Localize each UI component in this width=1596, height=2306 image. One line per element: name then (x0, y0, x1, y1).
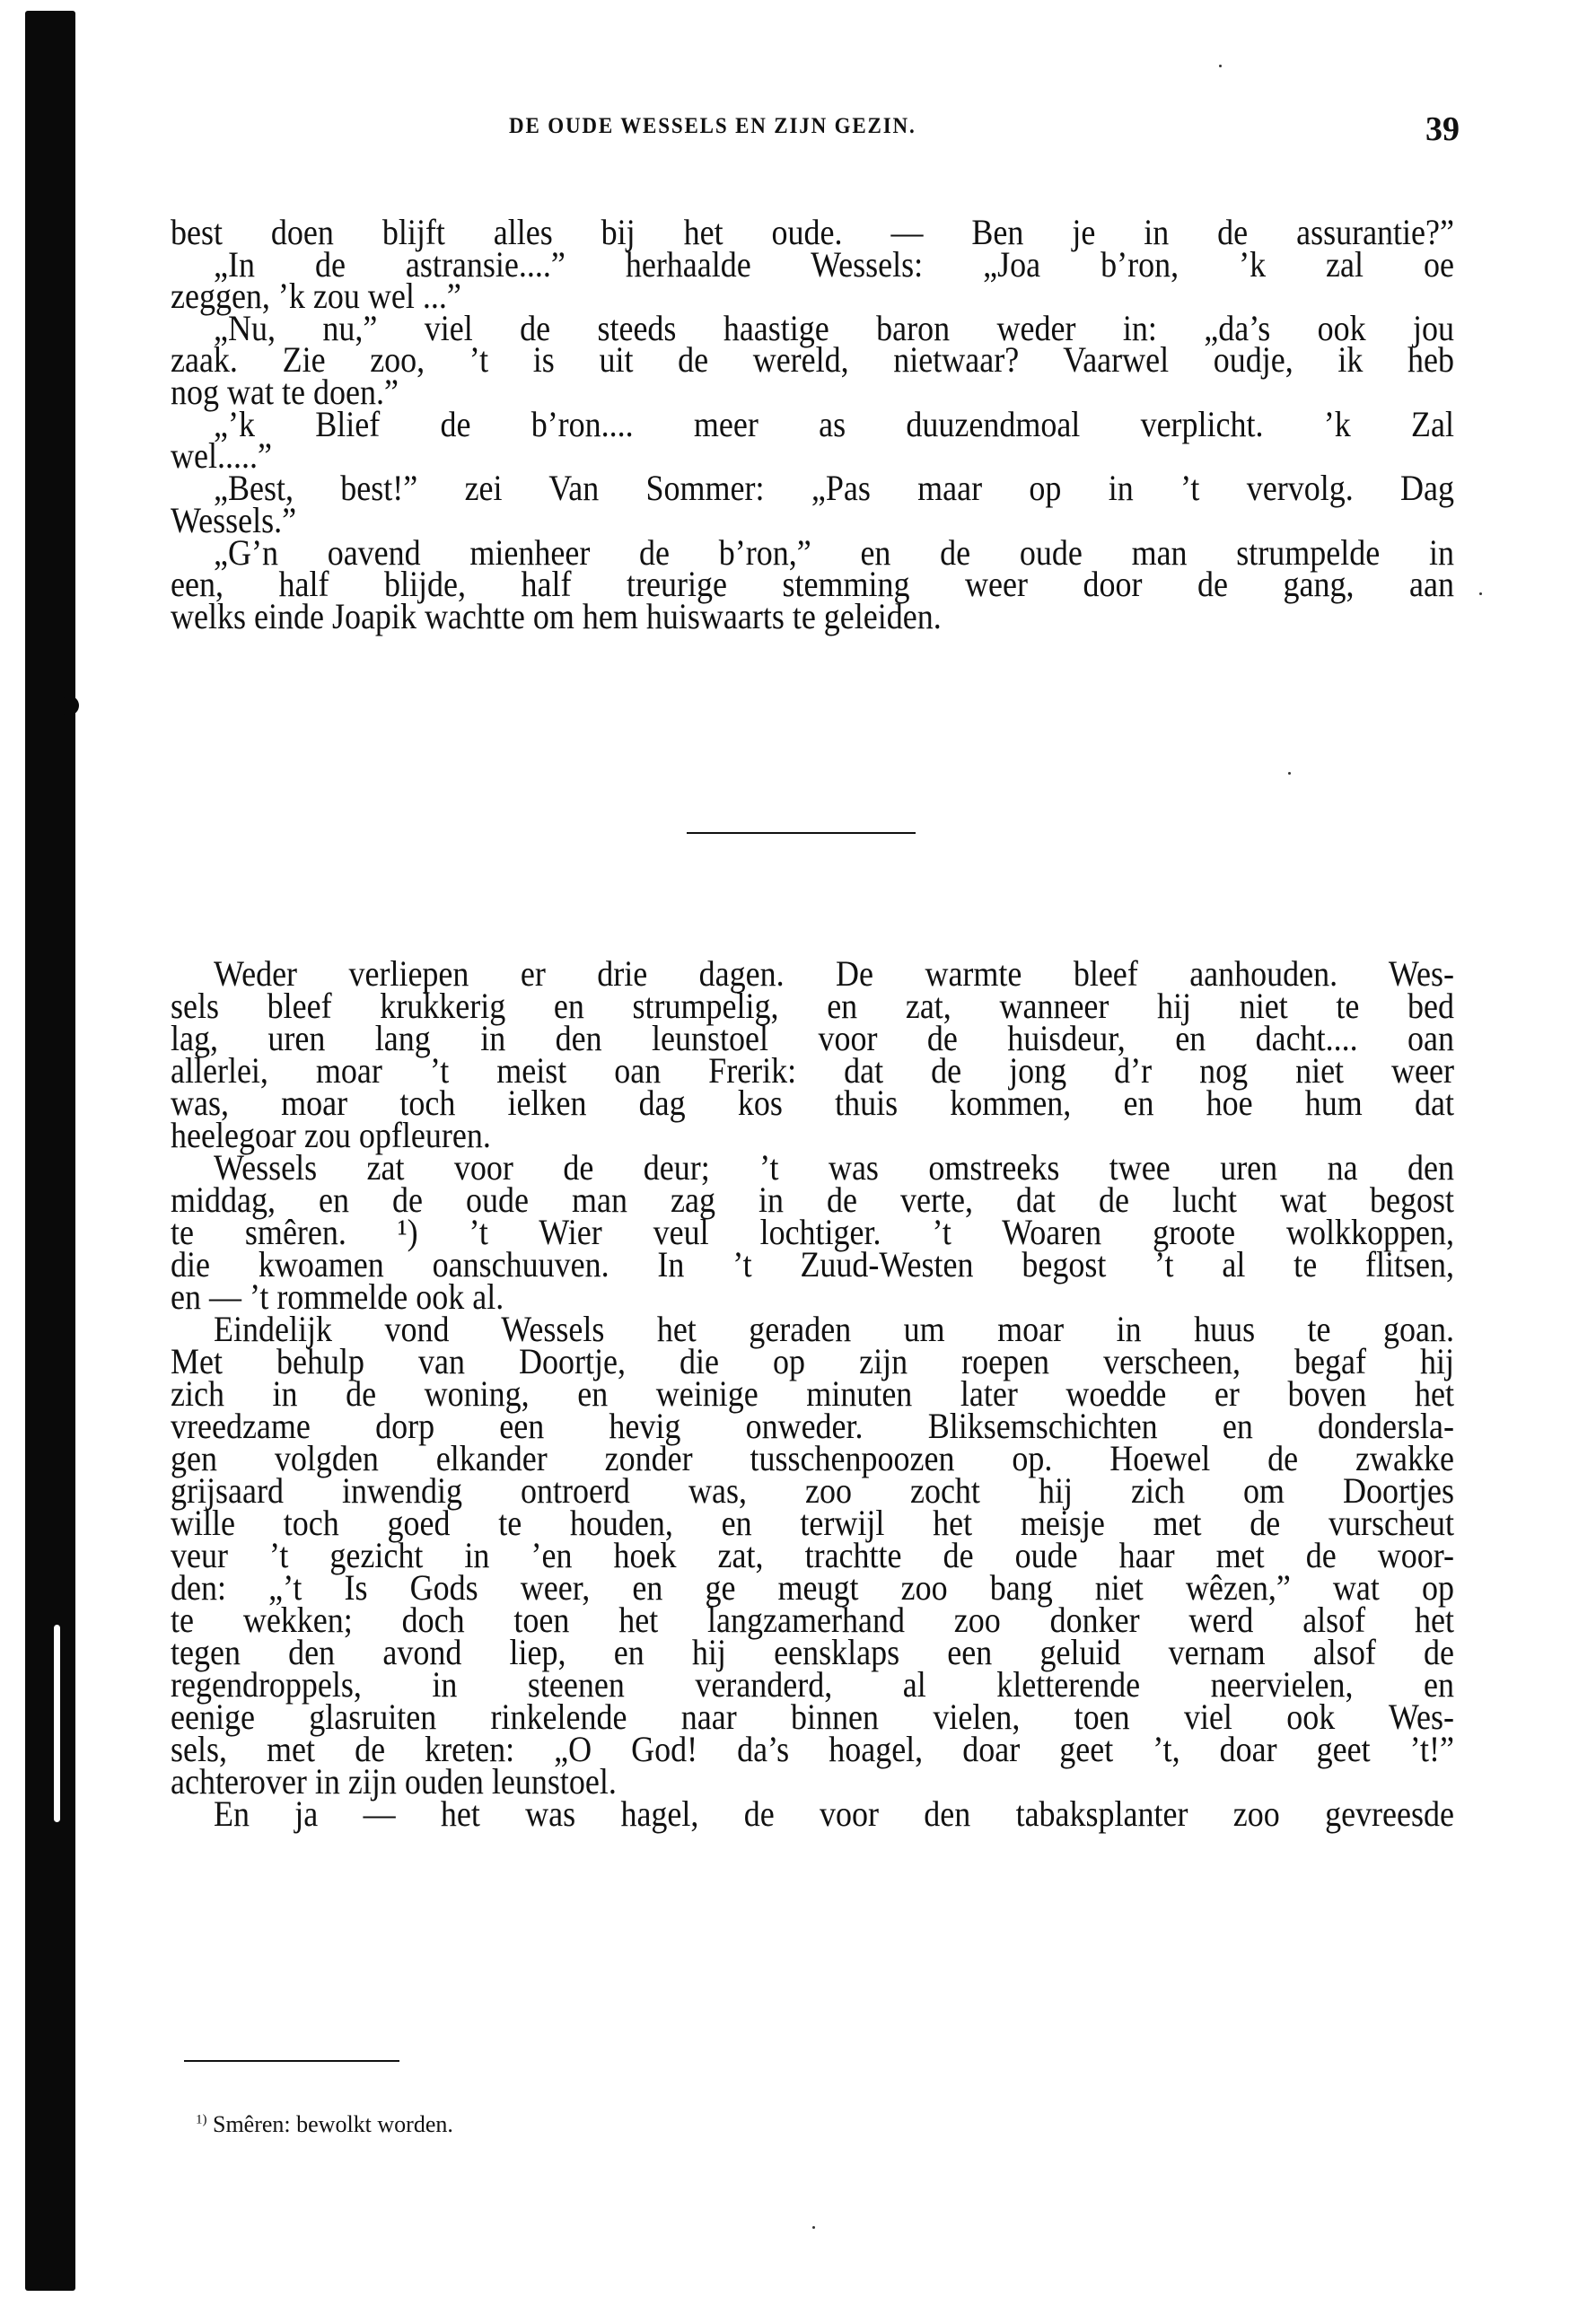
section-divider (687, 832, 916, 834)
footnote: 1) Smêren: bewolkt worden. (196, 2111, 453, 2138)
spine-gap (54, 1625, 60, 1822)
spine-notch (59, 696, 79, 715)
footnote-text: Smêren: bewolkt worden. (213, 2111, 453, 2137)
page-number: 39 (1425, 110, 1460, 149)
book-spine-shadow (25, 11, 75, 2291)
text-line: En ja — het was hagel, de voor den tabak… (214, 1793, 1454, 1834)
scan-speck (812, 2226, 815, 2229)
footnote-marker: 1) (196, 2112, 207, 2126)
scan-speck (1288, 772, 1291, 775)
scan-speck (1479, 592, 1482, 595)
running-head: DE OUDE WESSELS EN ZIJN GEZIN. (509, 114, 916, 139)
text-line: welks einde Joapik wachtte om hem huiswa… (171, 596, 1454, 636)
scan-speck (1219, 65, 1222, 67)
footnote-rule (184, 2060, 399, 2062)
